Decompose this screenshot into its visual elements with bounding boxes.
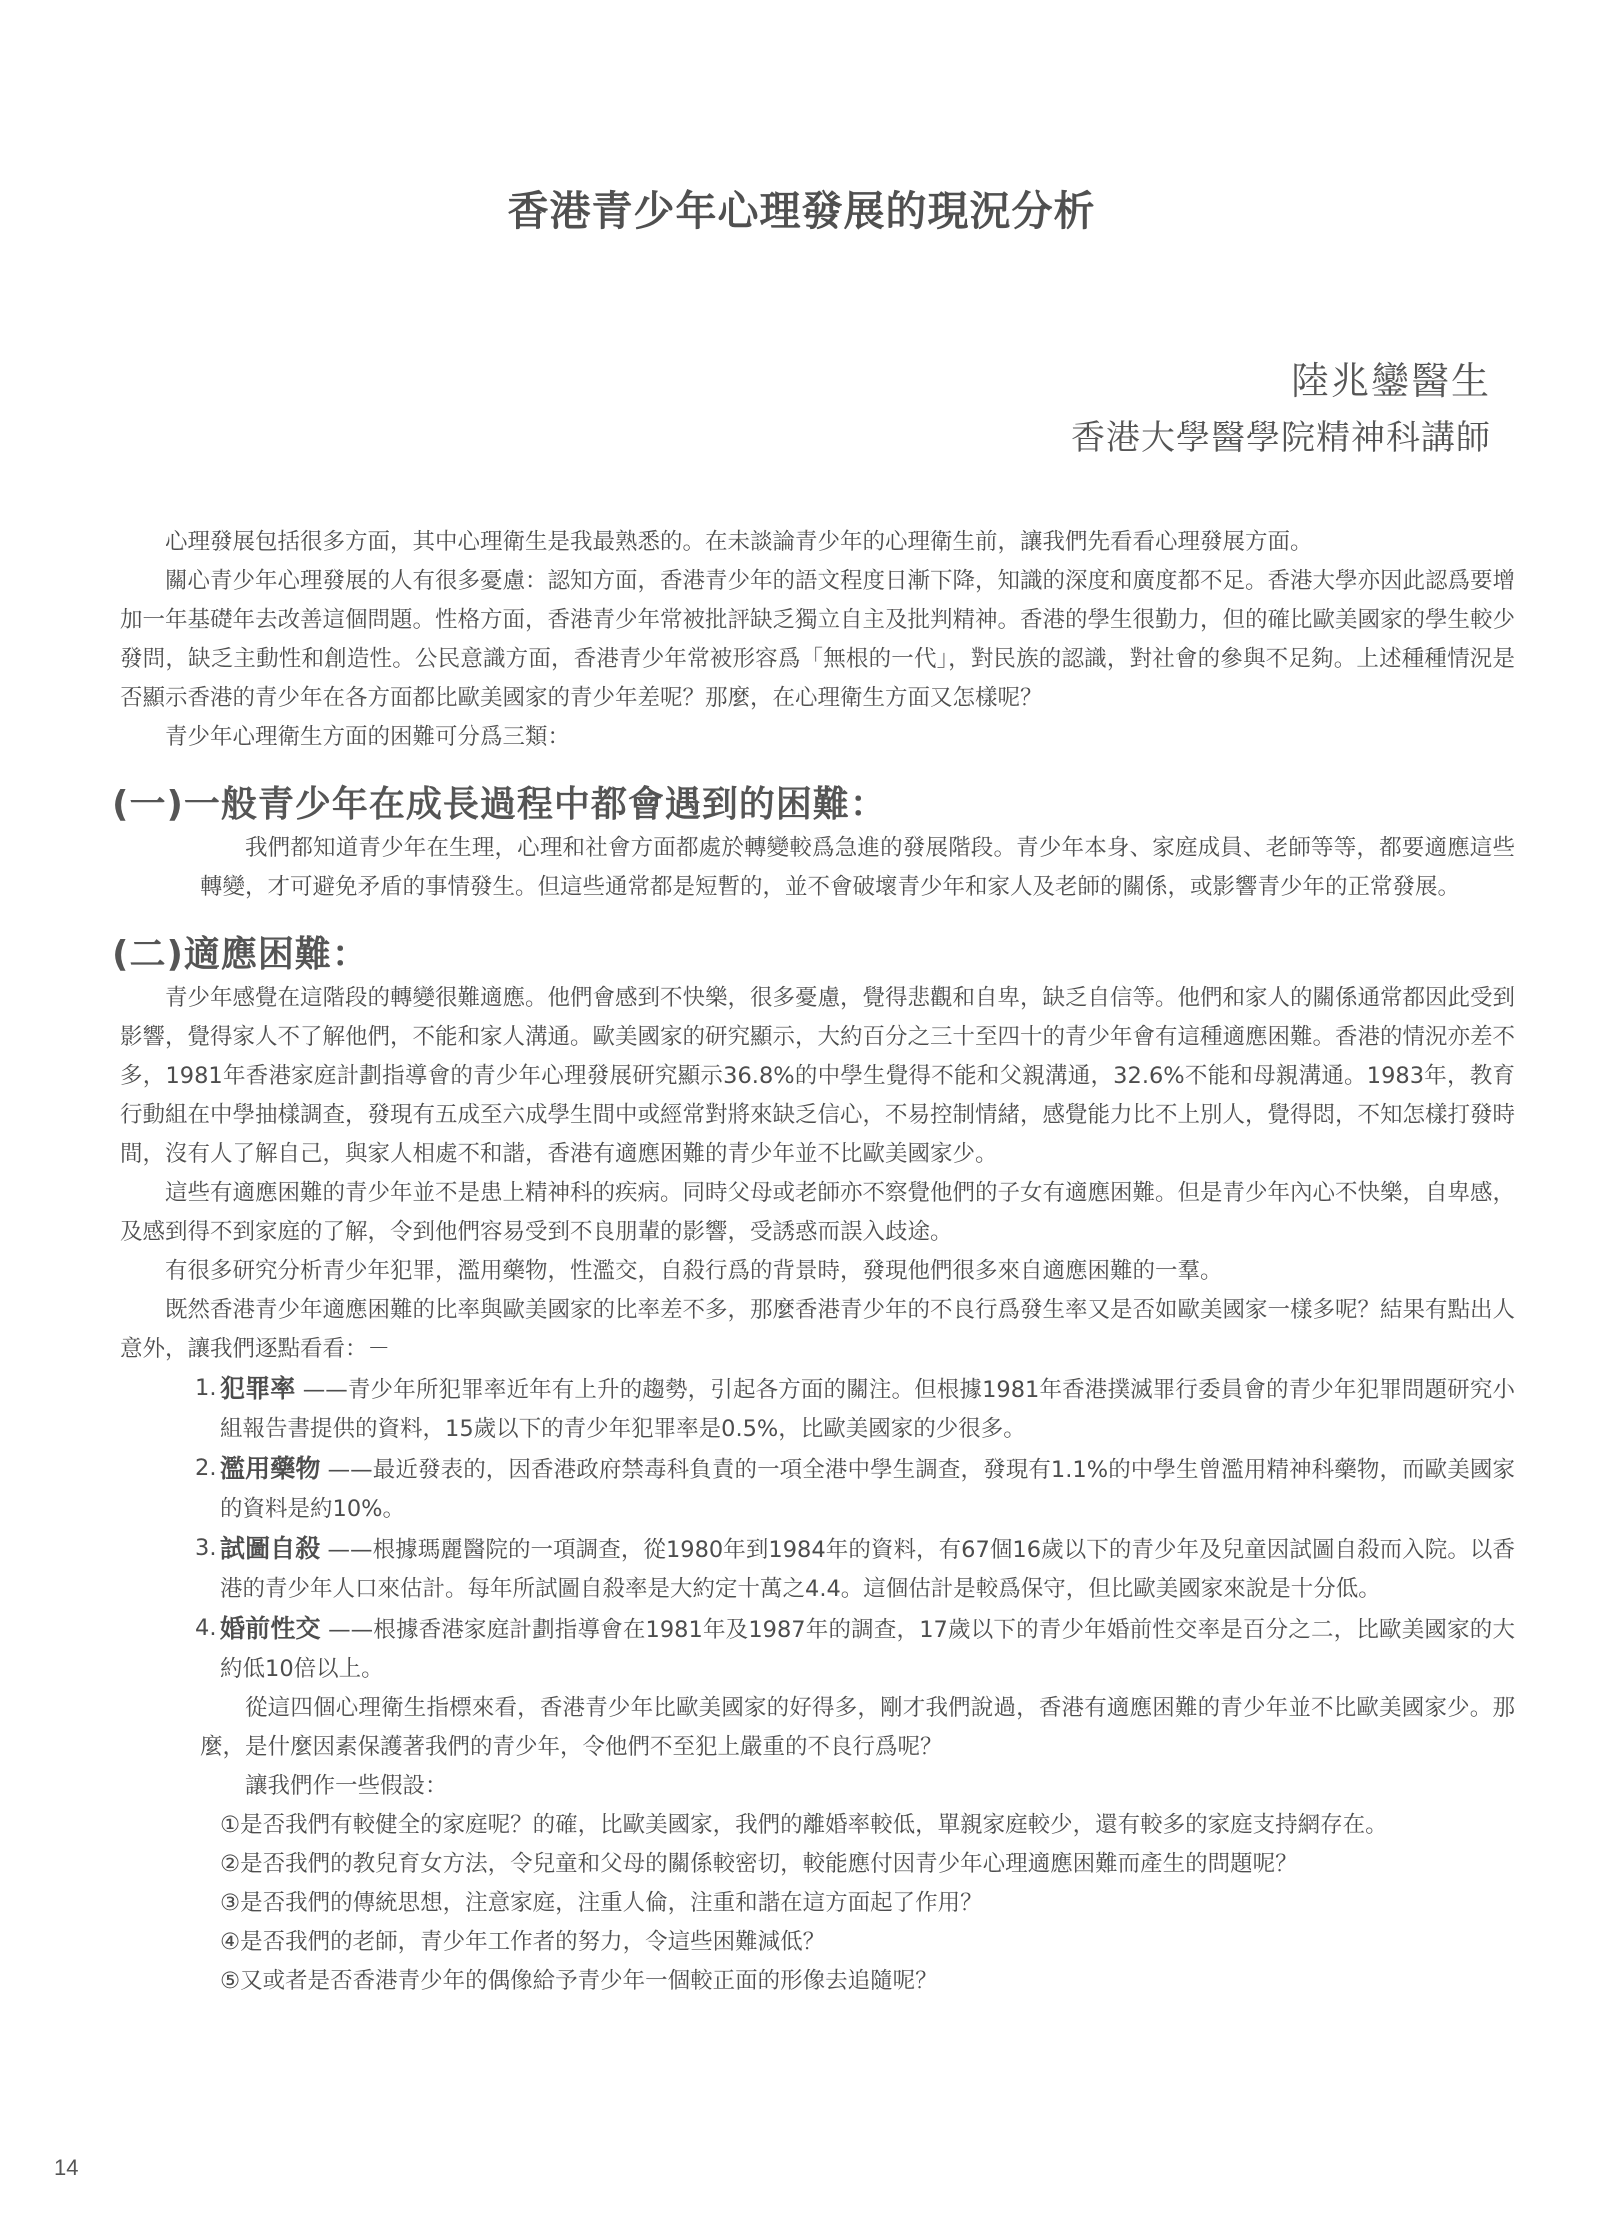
article-body: 心理發展包括很多方面，其中心理衛生是我最熟悉的。在未談論青少年的心理衛生前，讓我… — [120, 523, 1515, 2001]
document-page: 香港青少年心理發展的現況分析 陸兆鑾醫生 香港大學醫學院精神科講師 心理發展包括… — [0, 0, 1603, 2224]
indicator-keyword: 濫用藥物 — [220, 1454, 320, 1483]
hypothesis-item: ①是否我們有較健全的家庭呢？的確，比歐美國家，我們的離婚率較低，單親家庭較少，還… — [120, 1806, 1515, 1845]
section-heading-2: (二)適應困難： — [112, 931, 1515, 979]
section-heading-1: (一)一般青少年在成長過程中都會遇到的困難： — [112, 781, 1515, 829]
indicator-item: 3.試圖自殺 ——根據瑪麗醫院的一項調查，從1980年到1984年的資料，有67… — [120, 1529, 1515, 1609]
indicator-keyword: 試圖自殺 — [220, 1534, 320, 1563]
indicator-number: 4. — [195, 1609, 216, 1648]
section2-paragraph-3: 有很多研究分析青少年犯罪，濫用藥物，性濫交，自殺行爲的背景時，發現他們很多來自適… — [120, 1252, 1515, 1291]
conclusion-paragraph-2: 讓我們作一些假設： — [120, 1767, 1515, 1806]
section2-paragraph-4: 既然香港青少年適應困難的比率與歐美國家的比率差不多，那麼香港青少年的不良行爲發生… — [120, 1291, 1515, 1369]
author-affiliation: 香港大學醫學院精神科講師 — [1071, 410, 1491, 459]
indicator-list: 1.犯罪率 ——青少年所犯罪率近年有上升的趨勢，引起各方面的關注。但根據1981… — [120, 1369, 1515, 1689]
article-title: 香港青少年心理發展的現況分析 — [0, 178, 1603, 237]
indicator-number: 3. — [195, 1529, 216, 1568]
section2-paragraph-1: 青少年感覺在這階段的轉變很難適應。他們會感到不快樂，很多憂慮，覺得悲觀和自卑，缺… — [120, 979, 1515, 1174]
hypothesis-item: ⑤又或者是否香港青少年的偶像給予青少年一個較正面的形像去追隨呢？ — [120, 1962, 1515, 2001]
conclusion-paragraph-1: 從這四個心理衛生指標來看，香港青少年比歐美國家的好得多，剛才我們說過，香港有適應… — [120, 1689, 1515, 1767]
page-number: 14 — [54, 2155, 78, 2181]
indicator-item: 4.婚前性交 ——根據香港家庭計劃指導會在1981年及1987年的調查，17歲以… — [120, 1609, 1515, 1689]
indicator-keyword: 婚前性交 — [220, 1614, 321, 1643]
section2-paragraph-2: 這些有適應困難的青少年並不是患上精神科的疾病。同時父母或老師亦不察覺他們的子女有… — [120, 1174, 1515, 1252]
hypothesis-list: ①是否我們有較健全的家庭呢？的確，比歐美國家，我們的離婚率較低，單親家庭較少，還… — [120, 1806, 1515, 2001]
intro-paragraph-1: 心理發展包括很多方面，其中心理衛生是我最熟悉的。在未談論青少年的心理衛生前，讓我… — [120, 523, 1515, 562]
hypothesis-item: ④是否我們的老師，青少年工作者的努力，令這些困難減低？ — [120, 1923, 1515, 1962]
intro-paragraph-3: 青少年心理衛生方面的困難可分爲三類： — [120, 718, 1515, 757]
indicator-text: ——根據香港家庭計劃指導會在1981年及1987年的調查，17歲以下的青少年婚前… — [220, 1617, 1515, 1682]
hypothesis-item: ②是否我們的教兒育女方法，令兒童和父母的關係較密切，較能應付因青少年心理適應困難… — [120, 1845, 1515, 1884]
indicator-number: 1. — [195, 1369, 216, 1408]
section1-paragraph: 我們都知道青少年在生理，心理和社會方面都處於轉變較爲急進的發展階段。青少年本身、… — [120, 829, 1515, 907]
intro-paragraph-2: 關心青少年心理發展的人有很多憂慮：認知方面，香港青少年的語文程度日漸下降，知識的… — [120, 562, 1515, 718]
indicator-text: ——最近發表的，因香港政府禁毒科負責的一項全港中學生調查，發現有1.1%的中學生… — [220, 1457, 1515, 1522]
indicator-item: 2.濫用藥物 ——最近發表的，因香港政府禁毒科負責的一項全港中學生調查，發現有1… — [120, 1449, 1515, 1529]
indicator-item: 1.犯罪率 ——青少年所犯罪率近年有上升的趨勢，引起各方面的關注。但根據1981… — [120, 1369, 1515, 1449]
indicator-number: 2. — [195, 1449, 216, 1488]
author-name: 陸兆鑾醫生 — [1291, 350, 1491, 405]
indicator-text: ——青少年所犯罪率近年有上升的趨勢，引起各方面的關注。但根據1981年香港撲滅罪… — [220, 1377, 1515, 1442]
indicator-text: ——根據瑪麗醫院的一項調查，從1980年到1984年的資料，有67個16歲以下的… — [220, 1537, 1515, 1602]
indicator-keyword: 犯罪率 — [220, 1374, 295, 1403]
hypothesis-item: ③是否我們的傳統思想，注意家庭，注重人倫，注重和諧在這方面起了作用？ — [120, 1884, 1515, 1923]
